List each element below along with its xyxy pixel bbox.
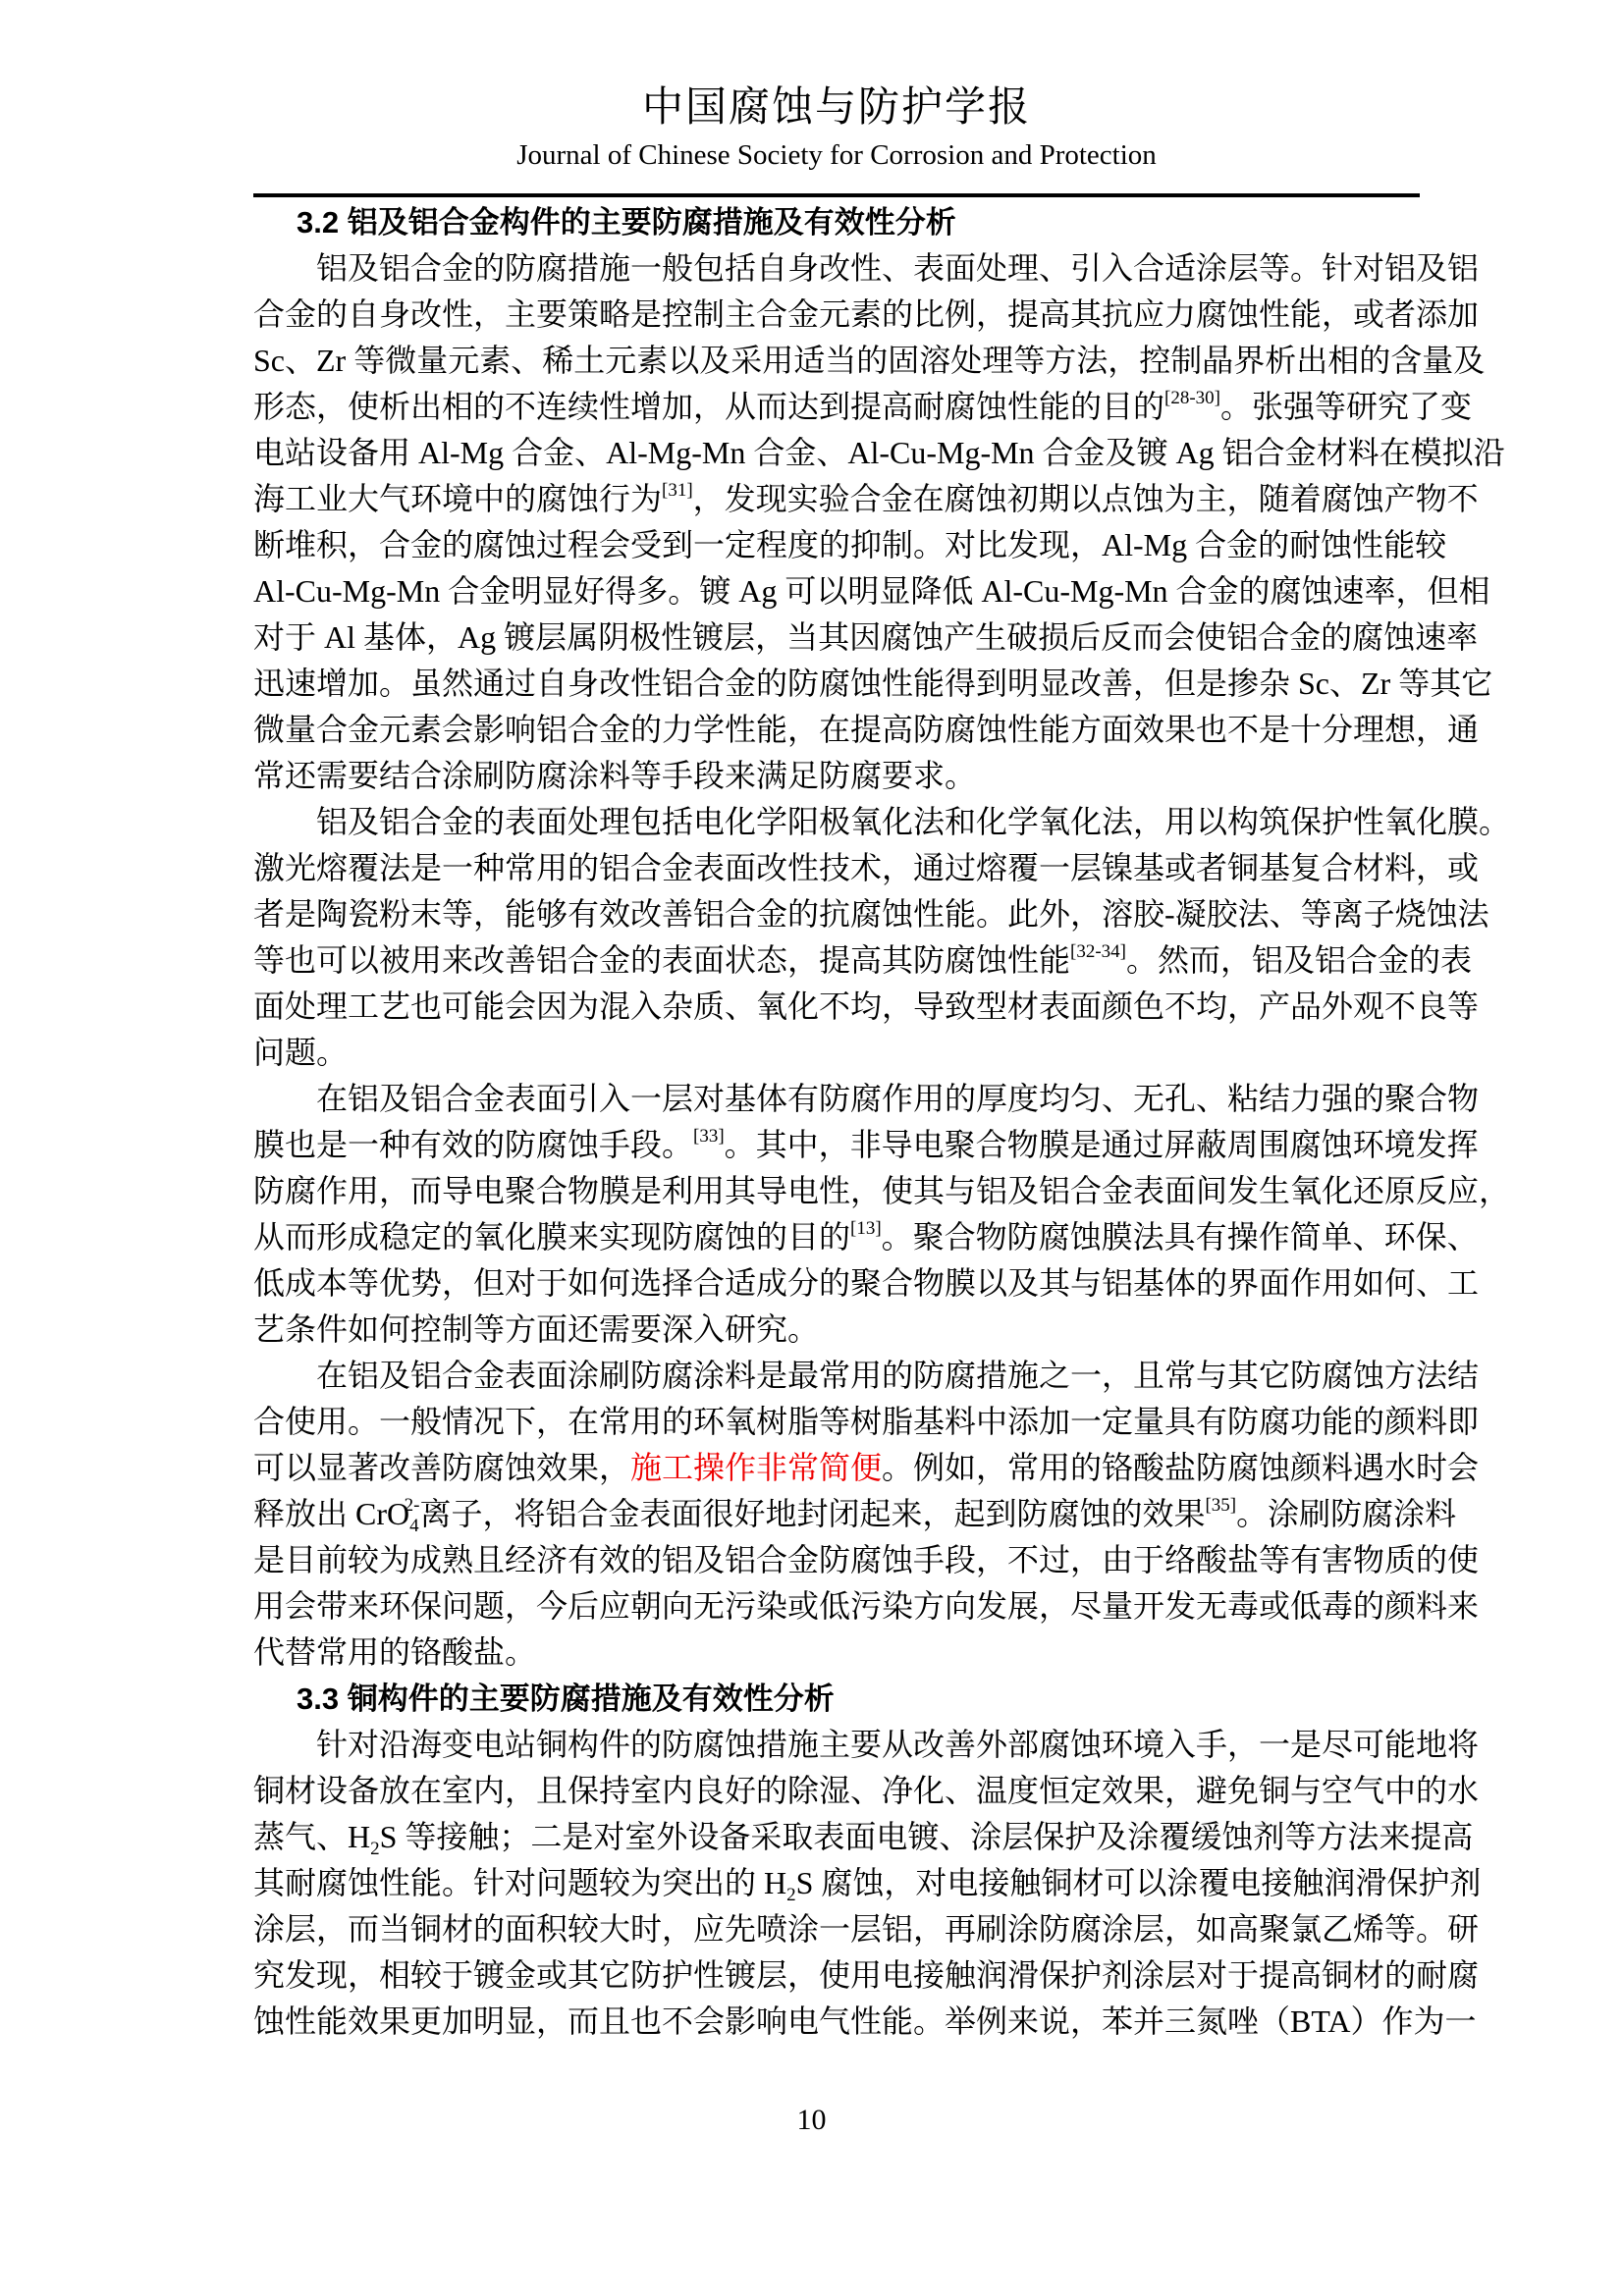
content-area: 3.2 铝及铝合金构件的主要防腐措施及有效性分析铝及铝合金的防腐措施一般包括自身… bbox=[253, 199, 1420, 2045]
body-line: 铝及铝合金的表面处理包括电化学阳极氧化法和化学氧化法，用以构筑保护性氧化膜。 bbox=[253, 799, 1420, 845]
body-line: 究发现，相较于镀金或其它防护性镀层，使用电接触润滑保护剂涂层对于提高铜材的耐腐 bbox=[253, 1952, 1420, 1999]
section-heading: 3.2 铝及铝合金构件的主要防腐措施及有效性分析 bbox=[253, 199, 1420, 245]
body-line: 电站设备用 Al-Mg 合金、Al-Mg-Mn 合金、Al-Cu-Mg-Mn 合… bbox=[253, 430, 1420, 476]
text-segment: 形态，使析出相的不连续性增加，从而达到提高耐腐蚀性能的目的 bbox=[253, 389, 1164, 424]
text-segment: S 腐蚀，对电接触铜材可以涂覆电接触润滑保护剂 bbox=[796, 1865, 1482, 1900]
body-line: 常还需要结合涂刷防腐涂料等手段来满足防腐要求。 bbox=[253, 753, 1420, 799]
body-line: 在铝及铝合金表面涂刷防腐涂料是最常用的防腐措施之一，且常与其它防腐蚀方法结 bbox=[253, 1353, 1420, 1399]
text-segment: 涂层，而当铜材的面积较大时，应先喷涂一层铝，再刷涂防腐涂层，如高聚氯乙烯等。研 bbox=[253, 1911, 1479, 1947]
text-segment: 。涂刷防腐涂料 bbox=[1236, 1496, 1456, 1531]
text-segment: 低成本等优势，但对于如何选择合适成分的聚合物膜以及其与铝基体的界面作用如何、工 bbox=[253, 1265, 1479, 1301]
superscript-text: [31] bbox=[662, 480, 693, 501]
text-segment: 电站设备用 Al-Mg 合金、Al-Mg-Mn 合金、Al-Cu-Mg-Mn 合… bbox=[253, 435, 1505, 470]
body-line: 在铝及铝合金表面引入一层对基体有防腐作用的厚度均匀、无孔、粘结力强的聚合物 bbox=[253, 1076, 1420, 1122]
body-line: 可以显著改善防腐蚀效果，施工操作非常简便。例如，常用的铬酸盐防腐蚀颜料遇水时会 bbox=[253, 1445, 1420, 1491]
body-line: 合金的自身改性，主要策略是控制主合金元素的比例，提高其抗应力腐蚀性能，或者添加 bbox=[253, 292, 1420, 338]
text-segment: 。聚合物防腐蚀膜法具有操作简单、环保、 bbox=[882, 1219, 1479, 1255]
text-segment: 究发现，相较于镀金或其它防护性镀层，使用电接触润滑保护剂涂层对于提高铜材的耐腐 bbox=[253, 1957, 1479, 1993]
superscript-text: 2- bbox=[405, 1495, 420, 1516]
text-segment: 铝及铝合金的防腐措施一般包括自身改性、表面处理、引入合适涂层等。针对铝及铝 bbox=[316, 250, 1479, 286]
text-segment: 从而形成稳定的氧化膜来实现防腐蚀的目的 bbox=[253, 1219, 850, 1255]
section-heading: 3.3 铜构件的主要防腐措施及有效性分析 bbox=[253, 1676, 1420, 1722]
superscript-text: [33] bbox=[693, 1126, 725, 1147]
text-segment: 问题。 bbox=[253, 1035, 348, 1070]
text-segment: 。其中，非导电聚合物膜是通过屏蔽周围腐蚀环境发挥 bbox=[725, 1127, 1479, 1162]
journal-title-en: Journal of Chinese Society for Corrosion… bbox=[253, 139, 1420, 172]
body-line: 铝及铝合金的防腐措施一般包括自身改性、表面处理、引入合适涂层等。针对铝及铝 bbox=[253, 245, 1420, 292]
text-segment: 。例如，常用的铬酸盐防腐蚀颜料遇水时会 bbox=[882, 1450, 1479, 1485]
superscript-text: [13] bbox=[850, 1218, 882, 1239]
text-segment: 释放出 CrO bbox=[253, 1496, 409, 1531]
body-line: 断堆积，合金的腐蚀过程会受到一定程度的抑制。对比发现，Al-Mg 合金的耐蚀性能… bbox=[253, 522, 1420, 568]
text-segment: 在铝及铝合金表面涂刷防腐涂料是最常用的防腐措施之一，且常与其它防腐蚀方法结 bbox=[316, 1358, 1479, 1393]
body-line: 海工业大气环境中的腐蚀行为[31]，发现实验合金在腐蚀初期以点蚀为主，随着腐蚀产… bbox=[253, 476, 1420, 522]
body-line: 低成本等优势，但对于如何选择合适成分的聚合物膜以及其与铝基体的界面作用如何、工 bbox=[253, 1260, 1420, 1307]
text-segment: 合金的自身改性，主要策略是控制主合金元素的比例，提高其抗应力腐蚀性能，或者添加 bbox=[253, 296, 1479, 332]
text-segment: 激光熔覆法是一种常用的铝合金表面改性技术，通过熔覆一层镍基或者铜基复合材料，或 bbox=[253, 850, 1479, 885]
text-segment: 迅速增加。虽然通过自身改性铝合金的防腐蚀性能得到明显改善，但是掺杂 Sc、Zr … bbox=[253, 666, 1492, 701]
text-segment: 铝及铝合金的表面处理包括电化学阳极氧化法和化学氧化法，用以构筑保护性氧化膜。 bbox=[316, 804, 1510, 839]
body-line: 蒸气、H2S 等接触；二是对室外设备采取表面电镀、涂层保护及涂覆缓蚀剂等方法来提… bbox=[253, 1814, 1420, 1860]
text-segment: 防腐作用，而导电聚合物膜是利用其导电性，使其与铝及铝合金表面间发生氧化还原反应， bbox=[253, 1173, 1510, 1208]
body-line: Al-Cu-Mg-Mn 合金明显好得多。镀 Ag 可以明显降低 Al-Cu-Mg… bbox=[253, 568, 1420, 614]
text-segment: 其耐腐蚀性能。针对问题较为突出的 H bbox=[253, 1865, 786, 1900]
body-line: 是目前较为成熟且经济有效的铝及铝合金防腐蚀手段，不过，由于络酸盐等有害物质的使 bbox=[253, 1537, 1420, 1583]
body-line: 代替常用的铬酸盐。 bbox=[253, 1629, 1420, 1676]
document-page: 中国腐蚀与防护学报 Journal of Chinese Society for… bbox=[0, 0, 1623, 2296]
subscript-text: 2 bbox=[370, 1839, 380, 1859]
subscript-text: 2 bbox=[786, 1885, 796, 1905]
body-line: 涂层，而当铜材的面积较大时，应先喷涂一层铝，再刷涂防腐涂层，如高聚氯乙烯等。研 bbox=[253, 1906, 1420, 1952]
text-segment: 离子，将铝合金表面很好地封闭起来，起到防腐蚀的效果 bbox=[419, 1496, 1205, 1531]
text-segment: 代替常用的铬酸盐。 bbox=[253, 1634, 536, 1670]
body-line: Sc、Zr 等微量元素、稀土元素以及采用适当的固溶处理等方法，控制晶界析出相的含… bbox=[253, 338, 1420, 384]
text-segment: 是目前较为成熟且经济有效的铝及铝合金防腐蚀手段，不过，由于络酸盐等有害物质的使 bbox=[253, 1542, 1479, 1577]
body-line: 艺条件如何控制等方面还需要深入研究。 bbox=[253, 1307, 1420, 1353]
text-segment: S 等接触；二是对室外设备采取表面电镀、涂层保护及涂覆缓蚀剂等方法来提高 bbox=[380, 1819, 1474, 1854]
text-segment: 用会带来环保问题，今后应朝向无污染或低污染方向发展，尽量开发无毒或低毒的颜料来 bbox=[253, 1588, 1479, 1624]
text-segment: 。然而，铝及铝合金的表 bbox=[1126, 942, 1472, 978]
body-line: 面处理工艺也可能会因为混入杂质、氧化不均，导致型材表面颜色不均，产品外观不良等 bbox=[253, 984, 1420, 1030]
body-line: 对于 Al 基体，Ag 镀层属阴极性镀层，当其因腐蚀产生破损后反而会使铝合金的腐… bbox=[253, 614, 1420, 661]
page-number: 10 bbox=[0, 2097, 1623, 2143]
journal-title-zh: 中国腐蚀与防护学报 bbox=[253, 75, 1420, 133]
body-line: 者是陶瓷粉末等，能够有效改善铝合金的抗腐蚀性能。此外，溶胶-凝胶法、等离子烧蚀法 bbox=[253, 891, 1420, 937]
text-segment: 膜也是一种有效的防腐蚀手段。 bbox=[253, 1127, 693, 1162]
body-line: 迅速增加。虽然通过自身改性铝合金的防腐蚀性能得到明显改善，但是掺杂 Sc、Zr … bbox=[253, 661, 1420, 707]
text-segment: 。张强等研究了变 bbox=[1220, 389, 1472, 424]
superscript-text: [28-30] bbox=[1164, 388, 1220, 408]
page-content: 中国腐蚀与防护学报 Journal of Chinese Society for… bbox=[253, 0, 1420, 2045]
body-line: 合使用。一般情况下，在常用的环氧树脂等树脂基料中添加一定量具有防腐功能的颜料即 bbox=[253, 1399, 1420, 1445]
text-segment: 微量合金元素会影响铝合金的力学性能，在提高防腐蚀性能方面效果也不是十分理想，通 bbox=[253, 712, 1479, 747]
header-rule bbox=[253, 193, 1420, 197]
body-line: 膜也是一种有效的防腐蚀手段。[33]。其中，非导电聚合物膜是通过屏蔽周围腐蚀环境… bbox=[253, 1122, 1420, 1168]
body-line: 问题。 bbox=[253, 1030, 1420, 1076]
body-line: 用会带来环保问题，今后应朝向无污染或低污染方向发展，尽量开发无毒或低毒的颜料来 bbox=[253, 1583, 1420, 1629]
body-line: 从而形成稳定的氧化膜来实现防腐蚀的目的[13]。聚合物防腐蚀膜法具有操作简单、环… bbox=[253, 1214, 1420, 1260]
text-segment: 者是陶瓷粉末等，能够有效改善铝合金的抗腐蚀性能。此外，溶胶-凝胶法、等离子烧蚀法 bbox=[253, 896, 1489, 932]
text-segment: 面处理工艺也可能会因为混入杂质、氧化不均，导致型材表面颜色不均，产品外观不良等 bbox=[253, 988, 1479, 1024]
body-line: 释放出 CrO42-离子，将铝合金表面很好地封闭起来，起到防腐蚀的效果[35]。… bbox=[253, 1491, 1420, 1537]
body-line: 微量合金元素会影响铝合金的力学性能，在提高防腐蚀性能方面效果也不是十分理想，通 bbox=[253, 707, 1420, 753]
subscript-text: 4 bbox=[409, 1516, 419, 1536]
body-line: 防腐作用，而导电聚合物膜是利用其导电性，使其与铝及铝合金表面间发生氧化还原反应， bbox=[253, 1168, 1420, 1214]
body-line: 铜材设备放在室内，且保持室内良好的除湿、净化、温度恒定效果，避免铜与空气中的水 bbox=[253, 1768, 1420, 1814]
text-segment: 断堆积，合金的腐蚀过程会受到一定程度的抑制。对比发现，Al-Mg 合金的耐蚀性能… bbox=[253, 527, 1446, 562]
body-line: 激光熔覆法是一种常用的铝合金表面改性技术，通过熔覆一层镍基或者铜基复合材料，或 bbox=[253, 845, 1420, 891]
body-line: 蚀性能效果更加明显，而且也不会影响电气性能。举例来说，苯并三氮唑（BTA）作为一 bbox=[253, 1999, 1420, 2045]
body-line: 形态，使析出相的不连续性增加，从而达到提高耐腐蚀性能的目的[28-30]。张强等… bbox=[253, 384, 1420, 430]
text-segment: 蒸气、H bbox=[253, 1819, 370, 1854]
body-line: 其耐腐蚀性能。针对问题较为突出的 H2S 腐蚀，对电接触铜材可以涂覆电接触润滑保… bbox=[253, 1860, 1420, 1906]
text-segment: 海工业大气环境中的腐蚀行为 bbox=[253, 481, 662, 516]
text-segment: 合使用。一般情况下，在常用的环氧树脂等树脂基料中添加一定量具有防腐功能的颜料即 bbox=[253, 1404, 1479, 1439]
text-segment: 蚀性能效果更加明显，而且也不会影响电气性能。举例来说，苯并三氮唑（BTA）作为一 bbox=[253, 2003, 1476, 2039]
text-segment: Sc、Zr 等微量元素、稀土元素以及采用适当的固溶处理等方法，控制晶界析出相的含… bbox=[253, 343, 1485, 378]
text-segment: 常还需要结合涂刷防腐涂料等手段来满足防腐要求。 bbox=[253, 758, 976, 793]
superscript-text: [35] bbox=[1205, 1495, 1236, 1516]
text-segment: 艺条件如何控制等方面还需要深入研究。 bbox=[253, 1311, 819, 1347]
text-segment: 铜材设备放在室内，且保持室内良好的除湿、净化、温度恒定效果，避免铜与空气中的水 bbox=[253, 1773, 1479, 1808]
text-segment: 可以显著改善防腐蚀效果， bbox=[253, 1450, 630, 1485]
highlighted-red-text: 施工操作非常简便 bbox=[630, 1450, 882, 1485]
text-segment: ，发现实验合金在腐蚀初期以点蚀为主，随着腐蚀产物不 bbox=[693, 481, 1479, 516]
text-segment: 对于 Al 基体，Ag 镀层属阴极性镀层，当其因腐蚀产生破损后反而会使铝合金的腐… bbox=[253, 619, 1478, 655]
superscript-text: [32-34] bbox=[1070, 941, 1126, 962]
body-line: 针对沿海变电站铜构件的防腐蚀措施主要从改善外部腐蚀环境入手，一是尽可能地将 bbox=[253, 1722, 1420, 1768]
text-segment: 在铝及铝合金表面引入一层对基体有防腐作用的厚度均匀、无孔、粘结力强的聚合物 bbox=[316, 1081, 1479, 1116]
text-segment: 等也可以被用来改善铝合金的表面状态，提高其防腐蚀性能 bbox=[253, 942, 1070, 978]
body-line: 等也可以被用来改善铝合金的表面状态，提高其防腐蚀性能[32-34]。然而，铝及铝… bbox=[253, 937, 1420, 984]
text-segment: Al-Cu-Mg-Mn 合金明显好得多。镀 Ag 可以明显降低 Al-Cu-Mg… bbox=[253, 573, 1490, 609]
text-segment: 针对沿海变电站铜构件的防腐蚀措施主要从改善外部腐蚀环境入手，一是尽可能地将 bbox=[316, 1727, 1479, 1762]
